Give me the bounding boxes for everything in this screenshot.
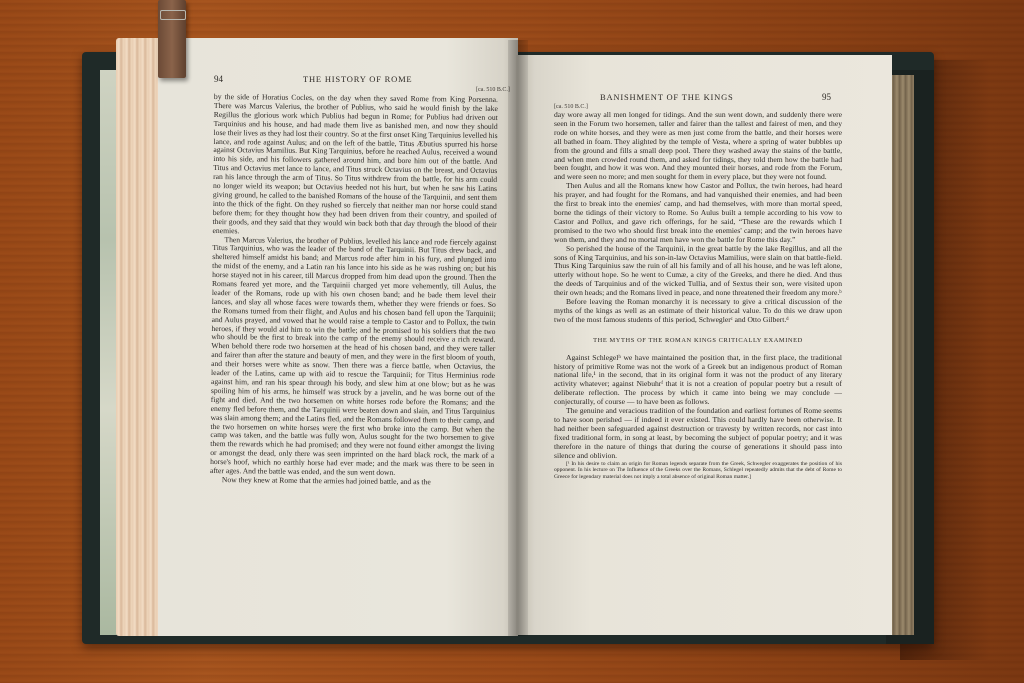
paragraph: Then Aulus and all the Romans knew how C…	[554, 182, 842, 244]
footnote: [¹ In his desire to claim an origin for …	[554, 461, 842, 481]
right-page-body: day wore away all men longed for tidings…	[554, 111, 842, 480]
paragraph: Before leaving the Roman monarchy it is …	[554, 298, 842, 325]
page-number-right: 95	[822, 92, 831, 102]
date-tag-left: [ca. 510 B.C.]	[476, 87, 510, 93]
paragraph: Then Marcus Valerius, the brother of Pub…	[210, 235, 497, 478]
paragraph: The genuine and veracious tradition of t…	[554, 407, 842, 460]
paragraph: day wore away all men longed for tidings…	[554, 111, 842, 182]
paragraph: Now they knew at Rome that the armies ha…	[210, 476, 494, 488]
paragraph: by the side of Horatius Cocles, on the d…	[213, 93, 498, 238]
page-edges-left	[116, 38, 162, 636]
paragraph: Against Schlegelʰ we have maintained the…	[554, 354, 842, 407]
paragraph: So perished the house of the Tarquinii, …	[554, 245, 842, 298]
right-page: BANISHMENT OF THE KINGS 95 [ca. 510 B.C.…	[516, 55, 892, 635]
clip-spring	[160, 10, 186, 20]
section-heading: THE MYTHS OF THE ROMAN KINGS CRITICALLY …	[554, 337, 842, 346]
running-head-left: THE HISTORY OF ROME	[303, 74, 412, 84]
page-number-left: 94	[214, 74, 223, 84]
left-page: 94 THE HISTORY OF ROME [ca. 510 B.C.] by…	[158, 38, 518, 636]
running-head-right: BANISHMENT OF THE KINGS	[600, 92, 734, 102]
left-page-body: by the side of Horatius Cocles, on the d…	[210, 93, 498, 488]
book-gutter	[508, 40, 528, 636]
